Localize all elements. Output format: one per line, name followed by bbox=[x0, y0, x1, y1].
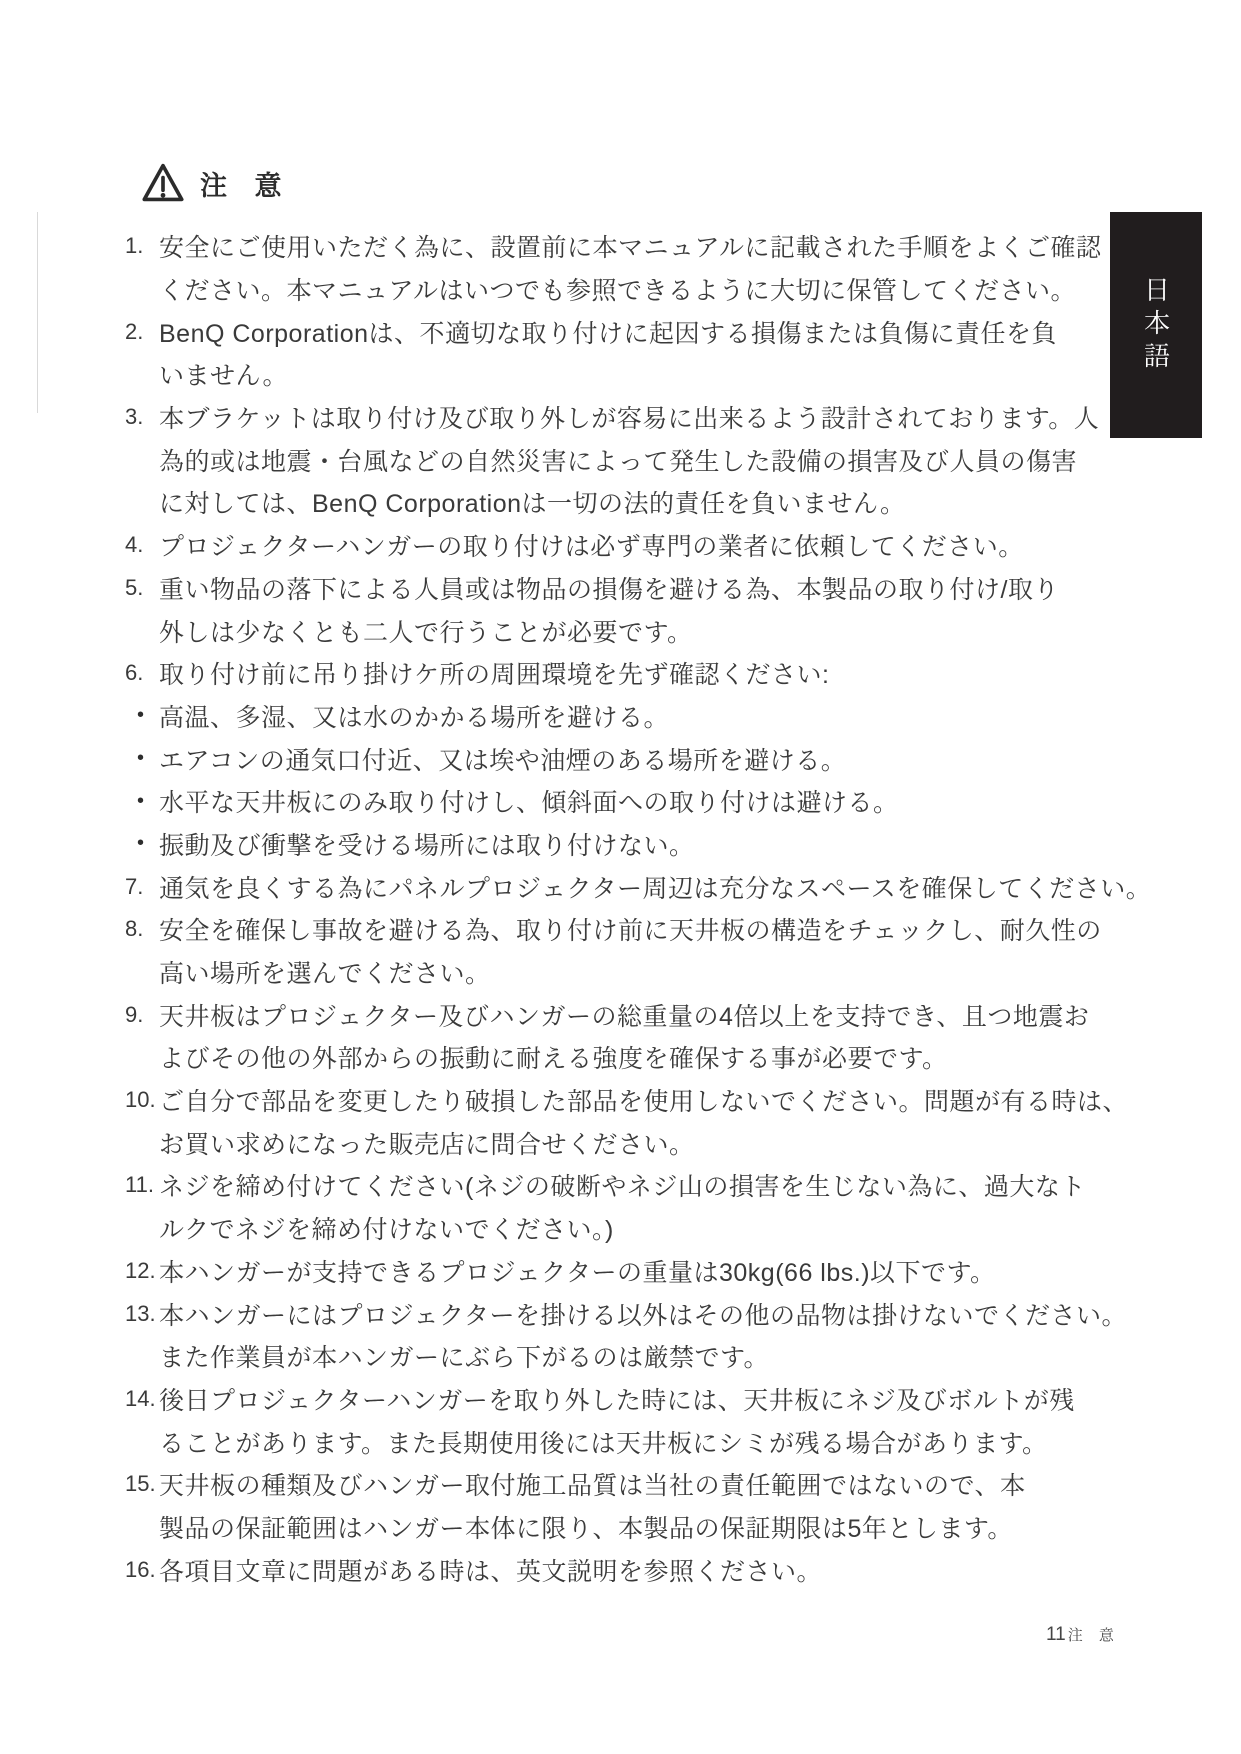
language-tab-label: 日本語 bbox=[1138, 276, 1175, 375]
note-line: 外しは少なくとも二人で行うことが必要です。 bbox=[125, 609, 1030, 652]
note-line: 10.ご自分で部品を変更したり破損した部品を使用しないでください。問題が有る時は… bbox=[125, 1079, 1030, 1122]
notes-list: 1.安全にご使用いただく為に、設置前に本マニュアルに記載された手順をよくご確認く… bbox=[125, 225, 1030, 1591]
note-number: 9. bbox=[125, 1002, 159, 1028]
note-bullet-line: •振動及び衝撃を受ける場所には取り付けない。 bbox=[125, 823, 1030, 866]
footer-section-label: 注 意 bbox=[1068, 1624, 1120, 1645]
bullet-text: エアコンの通気口付近、又は埃や油煙のある場所を避ける。 bbox=[159, 741, 846, 777]
note-number: 12. bbox=[125, 1258, 159, 1284]
note-text: 天井板の種類及びハンガー取付施工品質は当社の責任範囲ではないので、本 bbox=[159, 1466, 1026, 1502]
bullet-icon: • bbox=[137, 832, 159, 855]
note-line: 15.天井板の種類及びハンガー取付施工品質は当社の責任範囲ではないので、本 bbox=[125, 1463, 1030, 1506]
note-text: 取り付け前に吊り掛けケ所の周囲環境を先ず確認ください: bbox=[159, 655, 829, 691]
bullet-text: 高温、多湿、又は水のかかる場所を避ける。 bbox=[159, 698, 669, 734]
note-text: ネジを締め付けてください(ネジの破断やネジ山の損害を生じない為に、過大なト bbox=[159, 1167, 1086, 1203]
warning-triangle-icon bbox=[141, 162, 185, 204]
note-number: 14. bbox=[125, 1386, 159, 1412]
note-bullet-line: •水平な天井板にのみ取り付けし、傾斜面への取り付けは避ける。 bbox=[125, 780, 1030, 823]
note-text: 外しは少なくとも二人で行うことが必要です。 bbox=[159, 613, 693, 649]
note-text: お買い求めになった販売店に問合せください。 bbox=[159, 1125, 695, 1161]
note-text: 安全を確保し事故を避ける為、取り付け前に天井板の構造をチェックし、耐久性の bbox=[159, 911, 1102, 947]
note-line: よびその他の外部からの振動に耐える強度を確保する事が必要です。 bbox=[125, 1036, 1030, 1079]
note-bullet-line: •エアコンの通気口付近、又は埃や油煙のある場所を避ける。 bbox=[125, 737, 1030, 780]
note-line: に対しては、BenQ Corporationは一切の法的責任を負いません。 bbox=[125, 481, 1030, 524]
note-line: お買い求めになった販売店に問合せください。 bbox=[125, 1121, 1030, 1164]
note-text: いません。 bbox=[159, 356, 288, 392]
note-text: 重い物品の落下による人員或は物品の損傷を避ける為、本製品の取り付け/取り bbox=[159, 570, 1059, 606]
note-number: 6. bbox=[125, 660, 159, 686]
note-line: ください。本マニュアルはいつでも参照できるように大切に保管してください。 bbox=[125, 268, 1030, 311]
note-text: ご自分で部品を変更したり破損した部品を使用しないでください。問題が有る時は、 bbox=[159, 1082, 1128, 1118]
bullet-text: 振動及び衝撃を受ける場所には取り付けない。 bbox=[159, 826, 695, 862]
note-number: 1. bbox=[125, 233, 159, 259]
note-line: いません。 bbox=[125, 353, 1030, 396]
note-text: 安全にご使用いただく為に、設置前に本マニュアルに記載された手順をよくご確認 bbox=[159, 228, 1102, 264]
bullet-icon: • bbox=[137, 704, 159, 727]
note-line: 2.BenQ Corporationは、不適切な取り付けに起因する損傷または負傷… bbox=[125, 310, 1030, 353]
note-bullet-line: •高温、多湿、又は水のかかる場所を避ける。 bbox=[125, 695, 1030, 738]
note-line: 7.通気を良くする為にパネルプロジェクター周辺は充分なスペースを確保してください… bbox=[125, 865, 1030, 908]
note-text: 後日プロジェクターハンガーを取り外した時には、天井板にネジ及びボルトが残 bbox=[159, 1381, 1075, 1417]
note-number: 13. bbox=[125, 1301, 159, 1327]
note-number: 7. bbox=[125, 874, 159, 900]
manual-page: 日本語 注 意 1.安全にご使用いただく為に、設置前に本マニュアルに記載された手… bbox=[0, 0, 1241, 1754]
note-text: に対しては、BenQ Corporationは一切の法的責任を負いません。 bbox=[159, 484, 906, 520]
note-line: 14.後日プロジェクターハンガーを取り外した時には、天井板にネジ及びボルトが残 bbox=[125, 1378, 1030, 1421]
note-text: ることがあります。また長期使用後には天井板にシミが残る場合があります。 bbox=[159, 1424, 1048, 1460]
note-number: 10. bbox=[125, 1087, 159, 1113]
note-text: ルクでネジを締め付けないでください。) bbox=[159, 1210, 614, 1246]
note-number: 8. bbox=[125, 916, 159, 942]
bullet-icon: • bbox=[137, 790, 159, 813]
note-number: 3. bbox=[125, 404, 159, 430]
note-line: ルクでネジを締め付けないでください。) bbox=[125, 1207, 1030, 1250]
note-line: 12.本ハンガーが支持できるプロジェクターの重量は30kg(66 lbs.)以下… bbox=[125, 1250, 1030, 1293]
note-text: 製品の保証範囲はハンガー本体に限り、本製品の保証期限は5年とします。 bbox=[159, 1509, 1013, 1545]
bullet-icon: • bbox=[137, 747, 159, 770]
note-number: 16. bbox=[125, 1557, 159, 1583]
note-number: 11. bbox=[125, 1172, 159, 1198]
note-line: 6.取り付け前に吊り掛けケ所の周囲環境を先ず確認ください: bbox=[125, 652, 1030, 695]
note-line: 為的或は地震・台風などの自然災害によって発生した設備の損害及び人員の傷害 bbox=[125, 438, 1030, 481]
note-text: BenQ Corporationは、不適切な取り付けに起因する損傷または負傷に責… bbox=[159, 314, 1057, 350]
page-number: 11 bbox=[1046, 1624, 1066, 1646]
page-footer: 11 注 意 bbox=[1046, 1624, 1120, 1646]
note-text: プロジェクターハンガーの取り付けは必ず専門の業者に依頼してください。 bbox=[159, 527, 1024, 563]
note-number: 4. bbox=[125, 532, 159, 558]
note-line: また作業員が本ハンガーにぶら下がるのは厳禁です。 bbox=[125, 1335, 1030, 1378]
note-line: 13.本ハンガーにはプロジェクターを掛ける以外はその他の品物は掛けないでください… bbox=[125, 1292, 1030, 1335]
note-line: 高い場所を選んでください。 bbox=[125, 951, 1030, 994]
note-line: ることがあります。また長期使用後には天井板にシミが残る場合があります。 bbox=[125, 1420, 1030, 1463]
note-line: 11.ネジを締め付けてください(ネジの破断やネジ山の損害を生じない為に、過大なト bbox=[125, 1164, 1030, 1207]
note-text: 通気を良くする為にパネルプロジェクター周辺は充分なスペースを確保してください。 bbox=[159, 869, 1151, 905]
language-tab: 日本語 bbox=[1110, 212, 1202, 438]
note-line: 3.本ブラケットは取り付け及び取り外しが容易に出来るよう設計されております。人 bbox=[125, 396, 1030, 439]
note-text: 為的或は地震・台風などの自然災害によって発生した設備の損害及び人員の傷害 bbox=[159, 442, 1077, 478]
note-text: よびその他の外部からの振動に耐える強度を確保する事が必要です。 bbox=[159, 1039, 948, 1075]
note-text: 天井板はプロジェクター及びハンガーの総重量の4倍以上を支持でき、且つ地震お bbox=[159, 997, 1089, 1033]
note-text: ください。本マニュアルはいつでも参照できるように大切に保管してください。 bbox=[159, 271, 1076, 307]
note-text: 各項目文章に問題がある時は、英文説明を参照ください。 bbox=[159, 1552, 822, 1588]
bullet-text: 水平な天井板にのみ取り付けし、傾斜面への取り付けは避ける。 bbox=[159, 783, 899, 819]
note-text: 本ハンガーが支持できるプロジェクターの重量は30kg(66 lbs.)以下です。 bbox=[159, 1253, 996, 1289]
note-line: 4.プロジェクターハンガーの取り付けは必ず専門の業者に依頼してください。 bbox=[125, 524, 1030, 567]
caution-header: 注 意 bbox=[141, 160, 1030, 206]
note-line: 製品の保証範囲はハンガー本体に限り、本製品の保証期限は5年とします。 bbox=[125, 1506, 1030, 1549]
note-number: 15. bbox=[125, 1471, 159, 1497]
note-text: 本ハンガーにはプロジェクターを掛ける以外はその他の品物は掛けないでください。 bbox=[159, 1296, 1127, 1332]
note-line: 9.天井板はプロジェクター及びハンガーの総重量の4倍以上を支持でき、且つ地震お bbox=[125, 993, 1030, 1036]
content-column: 注 意 1.安全にご使用いただく為に、設置前に本マニュアルに記載された手順をよく… bbox=[125, 160, 1030, 1591]
note-line: 1.安全にご使用いただく為に、設置前に本マニュアルに記載された手順をよくご確認 bbox=[125, 225, 1030, 268]
note-line: 8.安全を確保し事故を避ける為、取り付け前に天井板の構造をチェックし、耐久性の bbox=[125, 908, 1030, 951]
note-number: 5. bbox=[125, 575, 159, 601]
note-text: 高い場所を選んでください。 bbox=[159, 954, 491, 990]
page-title: 注 意 bbox=[200, 164, 292, 203]
note-line: 16.各項目文章に問題がある時は、英文説明を参照ください。 bbox=[125, 1548, 1030, 1591]
note-text: 本ブラケットは取り付け及び取り外しが容易に出来るよう設計されております。人 bbox=[159, 399, 1099, 435]
note-line: 5.重い物品の落下による人員或は物品の損傷を避ける為、本製品の取り付け/取り bbox=[125, 567, 1030, 610]
note-text: また作業員が本ハンガーにぶら下がるのは厳禁です。 bbox=[159, 1338, 769, 1374]
note-number: 2. bbox=[125, 319, 159, 345]
scan-artifact-line bbox=[37, 212, 38, 413]
